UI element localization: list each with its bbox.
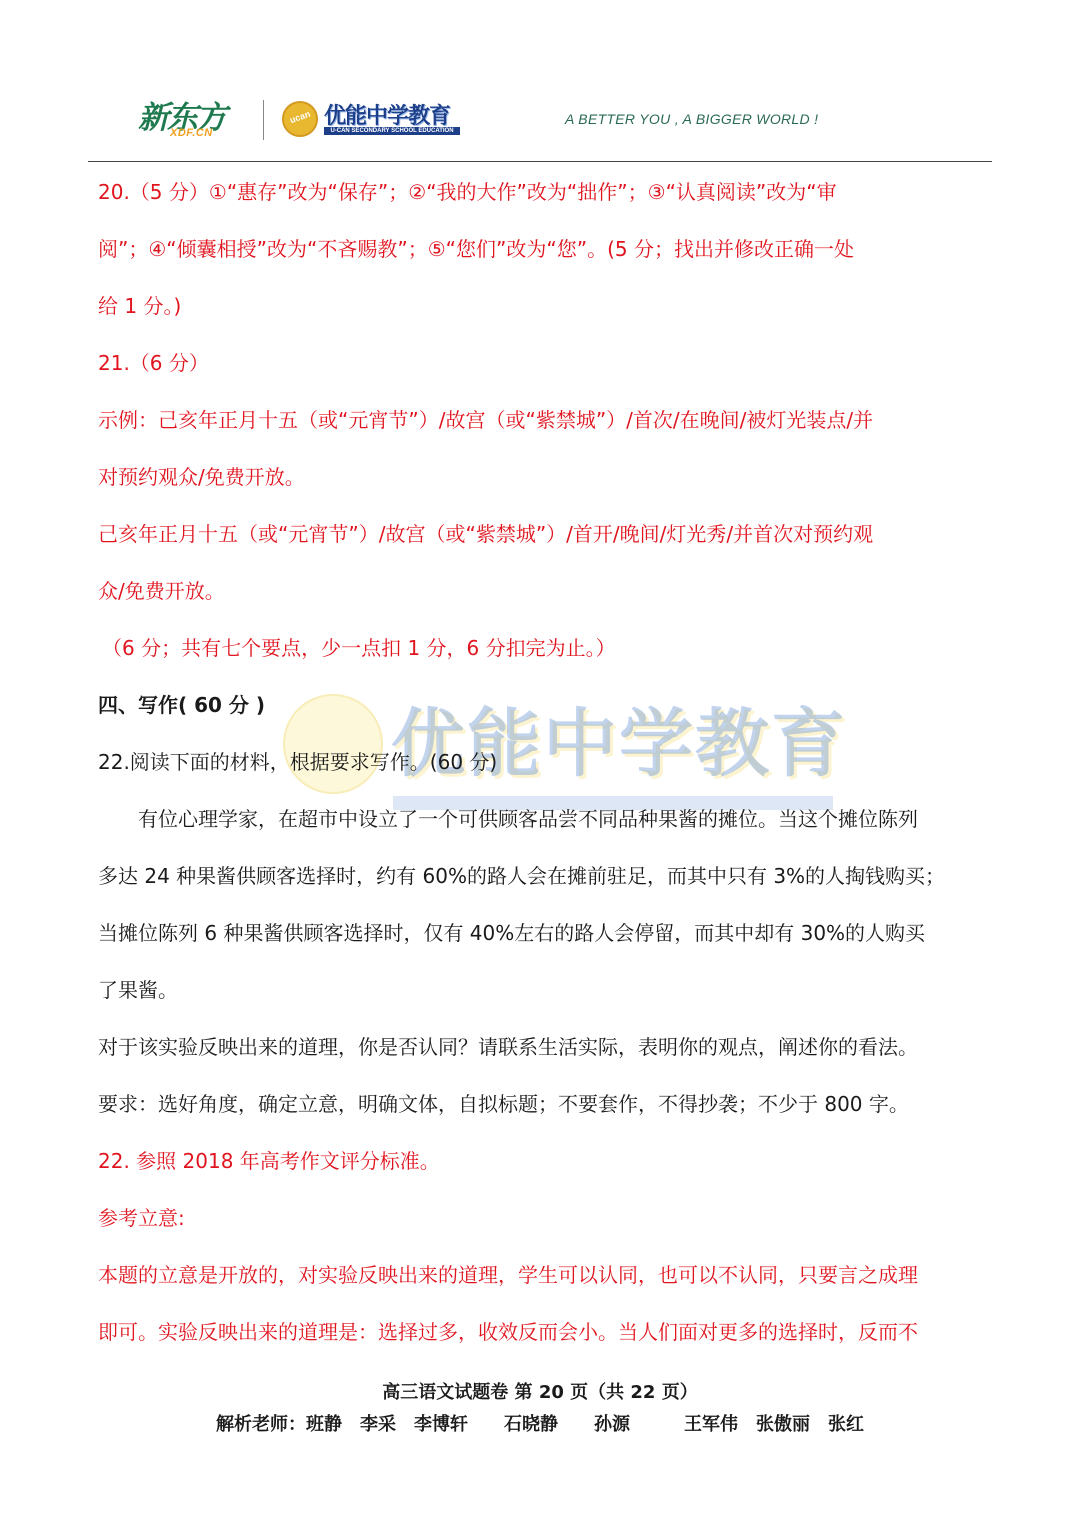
- ucan-badge-text: ucan: [283, 107, 316, 127]
- ucan-logo-icon: ucan: [282, 101, 318, 137]
- question-22-instruction: 对于该实验反映出来的道理，你是否认同？请联系生活实际，表明你的观点，阐述你的看法…: [98, 1027, 918, 1067]
- answer-22-ref-label: 参考立意:: [98, 1198, 185, 1238]
- answer-22-standard: 22. 参照 2018 年高考作文评分标准。: [98, 1141, 440, 1181]
- answer-21-scoring-note: （6 分；共有七个要点，少一点扣 1 分，6 分扣完为止。）: [102, 628, 616, 668]
- answer-21-alt-line-1: 己亥年正月十五（或“元宵节”）/故宫（或“紫禁城”）/首开/晚间/灯光秀/并首次…: [98, 514, 873, 554]
- answer-20-line-3: 给 1 分。): [98, 286, 181, 326]
- material-line-3: 当摊位陈列 6 种果酱供顾客选择时，仅有 40%左右的路人会停留，而其中却有 3…: [98, 913, 925, 953]
- logo-divider: [263, 100, 264, 140]
- answer-21-example-line-2: 对预约观众/免费开放。: [98, 457, 305, 497]
- material-line-1: 有位心理学家，在超市中设立了一个可供顾客品尝不同品种果酱的摊位。当这个摊位陈列: [98, 799, 918, 839]
- material-line-4: 了果酱。: [98, 970, 178, 1010]
- question-22-prompt: 22.阅读下面的材料，根据要求写作。(60 分): [98, 742, 497, 782]
- answer-21-heading: 21.（6 分）: [98, 343, 209, 383]
- question-22-requirements: 要求：选好角度，确定立意，明确文体，自拟标题；不要套作，不得抄袭；不少于 800…: [98, 1084, 909, 1124]
- ucan-logo-title: 优能中学教育: [324, 99, 450, 130]
- answer-22-ref-line-1: 本题的立意是开放的，对实验反映出来的道理，学生可以认同，也可以不认同，只要言之成…: [98, 1255, 918, 1295]
- header-slogan: A BETTER YOU , A BIGGER WORLD !: [565, 111, 818, 127]
- xdf-domain-text: XDF.CN: [170, 127, 213, 139]
- section-4-heading: 四、写作( 60 分 ): [98, 685, 265, 725]
- header-divider: [88, 161, 992, 162]
- page-footer-teachers: 解析老师：班静 李采 李博轩 石晓静 孙源 王军伟 张傲丽 张红: [0, 1410, 1080, 1436]
- answer-22-ref-line-2: 即可。实验反映出来的道理是：选择过多，收效反而会小。当人们面对更多的选择时，反而…: [98, 1312, 918, 1352]
- answer-21-alt-line-2: 众/免费开放。: [98, 571, 225, 611]
- ucan-logo-subtitle: U-CAN SECONDARY SCHOOL EDUCATION: [324, 127, 460, 135]
- answer-21-example-line-1: 示例：己亥年正月十五（或“元宵节”）/故宫（或“紫禁城”）/首次/在晚间/被灯光…: [98, 400, 873, 440]
- answer-20-line-1: 20.（5 分）①“惠存”改为“保存”；②“我的大作”改为“拙作”；③“认真阅读…: [98, 172, 837, 212]
- page-header: 新东方 XDF.CN ucan 优能中学教育 U-CAN SECONDARY S…: [0, 0, 1080, 165]
- material-line-2: 多达 24 种果酱供顾客选择时，约有 60%的路人会在摊前驻足，而其中只有 3%…: [98, 856, 945, 896]
- page-footer-info: 高三语文试题卷 第 20 页（共 22 页）: [0, 1378, 1080, 1404]
- answer-20-line-2: 阅”；④“倾囊相授”改为“不吝赐教”；⑤“您们”改为“您”。(5 分；找出并修改…: [98, 229, 854, 269]
